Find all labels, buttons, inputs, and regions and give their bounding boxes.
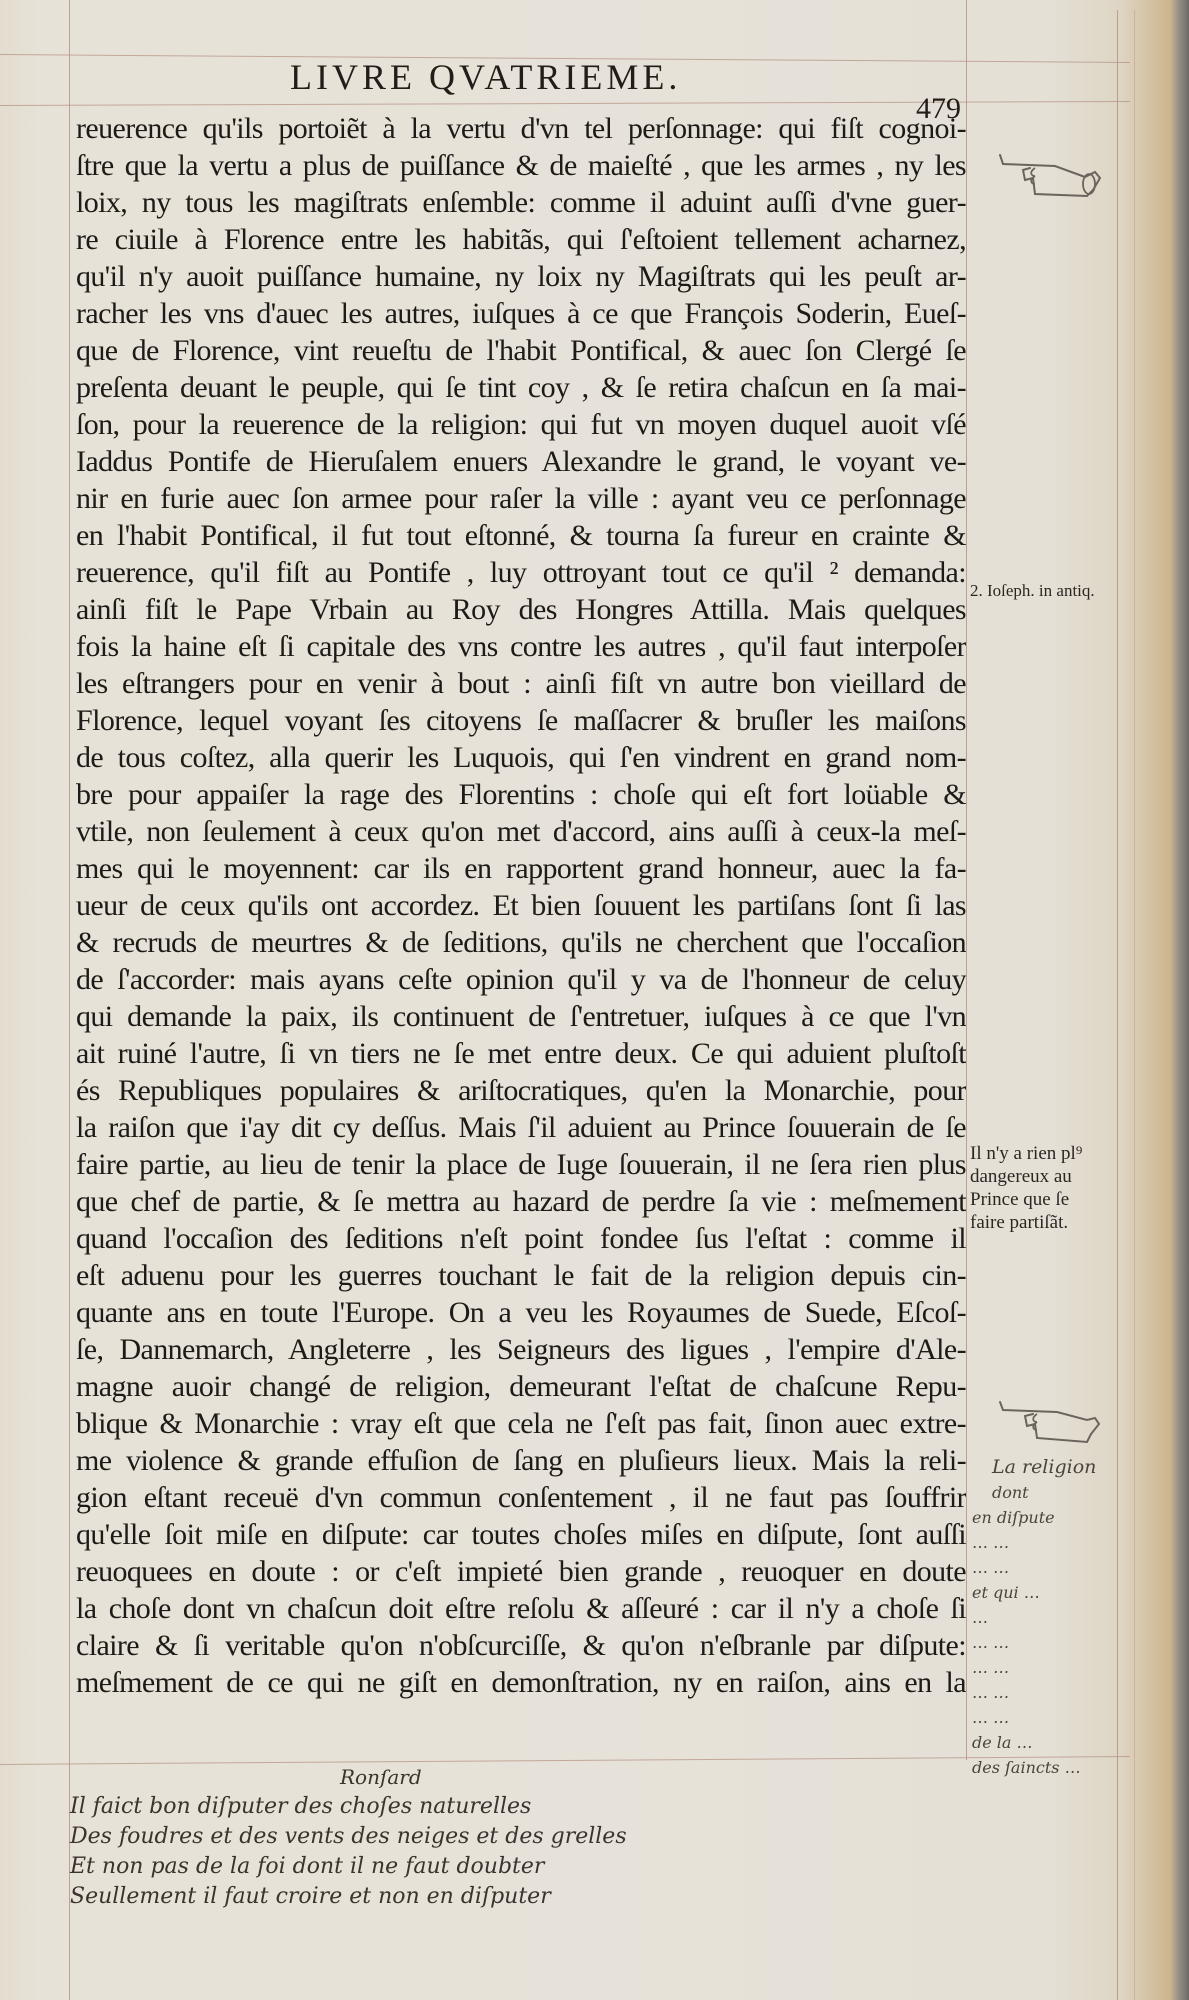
text-line: Iaddus Pontife de Hieruſalem enuers Alex… (76, 443, 966, 480)
text-line: la raiſon que i'ay dit cy deſſus. Mais ſ… (76, 1109, 966, 1146)
handwritten-line: … … (972, 1555, 1096, 1580)
handwritten-line: Des foudres et des vents des neiges et d… (70, 1822, 627, 1852)
text-line: ſe, Dannemarch, Angleterre , les Seigneu… (76, 1331, 966, 1368)
handwritten-ronsard-quatrain: Ronſard Il faict bon diſputer des choſes… (70, 1762, 627, 1912)
text-line: Florence, lequel voyant ſes citoyens ſe … (76, 702, 966, 739)
handwritten-line: La religion (972, 1455, 1096, 1480)
text-line: ſtre que la vertu a plus de puiſſance & … (76, 147, 966, 184)
book-page: LIVRE QVATRIEME. 479 reuerence qu'ils po… (0, 0, 1189, 2000)
text-line: fois la haine eſt ſi capitale des vns co… (76, 628, 966, 665)
text-line: reuerence qu'ils portoiẽt à la vertu d'v… (76, 110, 966, 147)
text-line: eſt aduenu pour les guerres touchant le … (76, 1257, 966, 1294)
main-text-block: reuerence qu'ils portoiẽt à la vertu d'v… (76, 110, 966, 1701)
text-line: en l'habit Pontifical, il fut tout eſton… (76, 517, 966, 554)
left-ruled-line (69, 0, 70, 2000)
text-line: preſenta deuant le peuple, qui ſe tint c… (76, 369, 966, 406)
text-line: me violence & grande effuſion de ſang en… (76, 1442, 966, 1479)
handwritten-line: Et non pas de la foi dont il ne faut dou… (70, 1852, 627, 1882)
text-line: la choſe dont vn chaſcun doit eſtre reſo… (76, 1590, 966, 1627)
margin-inner-ruled-line (1134, 10, 1135, 2000)
handwritten-line: … (972, 1605, 1096, 1630)
text-line: és Republiques populaires & ariſtocratiq… (76, 1072, 966, 1109)
text-right-ruled-line (966, 0, 967, 1760)
text-line: vtile, non ſeulement à ceux qu'on met d'… (76, 813, 966, 850)
text-line: ueur de ceux qu'ils ont accordez. Et bie… (76, 887, 966, 924)
text-line: de tous coſtez, alla querir les Luquois,… (76, 739, 966, 776)
text-line: reuoquees en doute : or c'eſt impieté bi… (76, 1553, 966, 1590)
text-line: ait ruiné l'autre, ſi vn tiers ne ſe met… (76, 1035, 966, 1072)
text-line: ſon, pour la reuerence de la religion: q… (76, 406, 966, 443)
text-line: blique & Monarchie : vray eſt que cela n… (76, 1405, 966, 1442)
handwritten-title: Ronſard (70, 1762, 627, 1792)
running-head: LIVRE QVATRIEME. (290, 56, 750, 98)
text-line: reuerence, qu'il fiſt au Pontife , luy o… (76, 554, 966, 591)
sidenote-line: dangereux au (970, 1165, 1115, 1188)
handwritten-line: et qui … (972, 1580, 1096, 1605)
text-line: claire & ſi veritable qu'on n'obſcurciſſ… (76, 1627, 966, 1664)
text-line: ainſi fiſt le Pape Vrbain au Roy des Hon… (76, 591, 966, 628)
sidenote-line: Prince que ſe (970, 1188, 1115, 1211)
handwritten-line: Seullement il faut croire et non en diſp… (70, 1882, 627, 1912)
handwritten-line: de la … (972, 1730, 1096, 1755)
handwritten-line: Il faict bon diſputer des choſes naturel… (70, 1792, 627, 1822)
text-line: les eſtrangers pour en venir à bout : ai… (76, 665, 966, 702)
text-line: loix, ny tous les magiſtrats enſemble: c… (76, 184, 966, 221)
text-line: & recruds de meurtres & de ſeditions, qu… (76, 924, 966, 961)
sidenote-line: Il n'y a rien pl⁹ (970, 1142, 1115, 1165)
text-line: qu'il n'y auoit puiſſance humaine, ny lo… (76, 258, 966, 295)
text-line: re ciuile à Florence entre les habitãs, … (76, 221, 966, 258)
handwritten-line: … … (972, 1705, 1096, 1730)
handwritten-line: en diſpute (972, 1505, 1096, 1530)
sidenote-prince-partisan: Il n'y a rien pl⁹ dangereux au Prince qu… (970, 1142, 1115, 1234)
text-line: quante ans en toute l'Europe. On a veu l… (76, 1294, 966, 1331)
text-line: nir en furie auec ſon armee pour raſer l… (76, 480, 966, 517)
text-line: racher les vns d'auec les autres, iuſque… (76, 295, 966, 332)
sidenote-line: faire partiſãt. (970, 1211, 1115, 1234)
pointing-hand-icon (995, 150, 1115, 210)
handwritten-margin-note: La religion dont en diſpute … … … … et q… (972, 1455, 1096, 1780)
text-line: faire partie, au lieu de tenir la place … (76, 1146, 966, 1183)
text-line: de ſ'accorder: mais ayans ceſte opinion … (76, 961, 966, 998)
text-line: quand l'occaſion des ſeditions n'eſt poi… (76, 1220, 966, 1257)
text-line: que chef de partie, & ſe mettra au hazar… (76, 1183, 966, 1220)
handwritten-line: … … (972, 1655, 1096, 1680)
handwritten-line: … … (972, 1680, 1096, 1705)
text-line: mes qui le moyennent: car ils en rapport… (76, 850, 966, 887)
handwritten-line: … … (972, 1530, 1096, 1555)
text-line: que de Florence, vint reueſtu de l'habit… (76, 332, 966, 369)
sidenote-josephus: 2. Ioſeph. in antiq. (970, 579, 1095, 602)
handwritten-line: des ſaincts … (972, 1755, 1096, 1780)
handwritten-line: dont (972, 1480, 1096, 1505)
text-line: qu'elle ſoit miſe en diſpute: car toutes… (76, 1516, 966, 1553)
text-line: bre pour appaiſer la rage des Florentins… (76, 776, 966, 813)
text-line: meſmement de ce qui ne giſt en demonſtra… (76, 1664, 966, 1701)
text-line: magne auoir changé de religion, demeuran… (76, 1368, 966, 1405)
text-line: qui demande la paix, ils continuent de ſ… (76, 998, 966, 1035)
pointing-hand-icon (995, 1398, 1115, 1448)
handwritten-line: … … (972, 1630, 1096, 1655)
text-line: gion eſtant receuë d'vn commun conſentem… (76, 1479, 966, 1516)
margin-right-ruled-line (1117, 10, 1118, 2000)
